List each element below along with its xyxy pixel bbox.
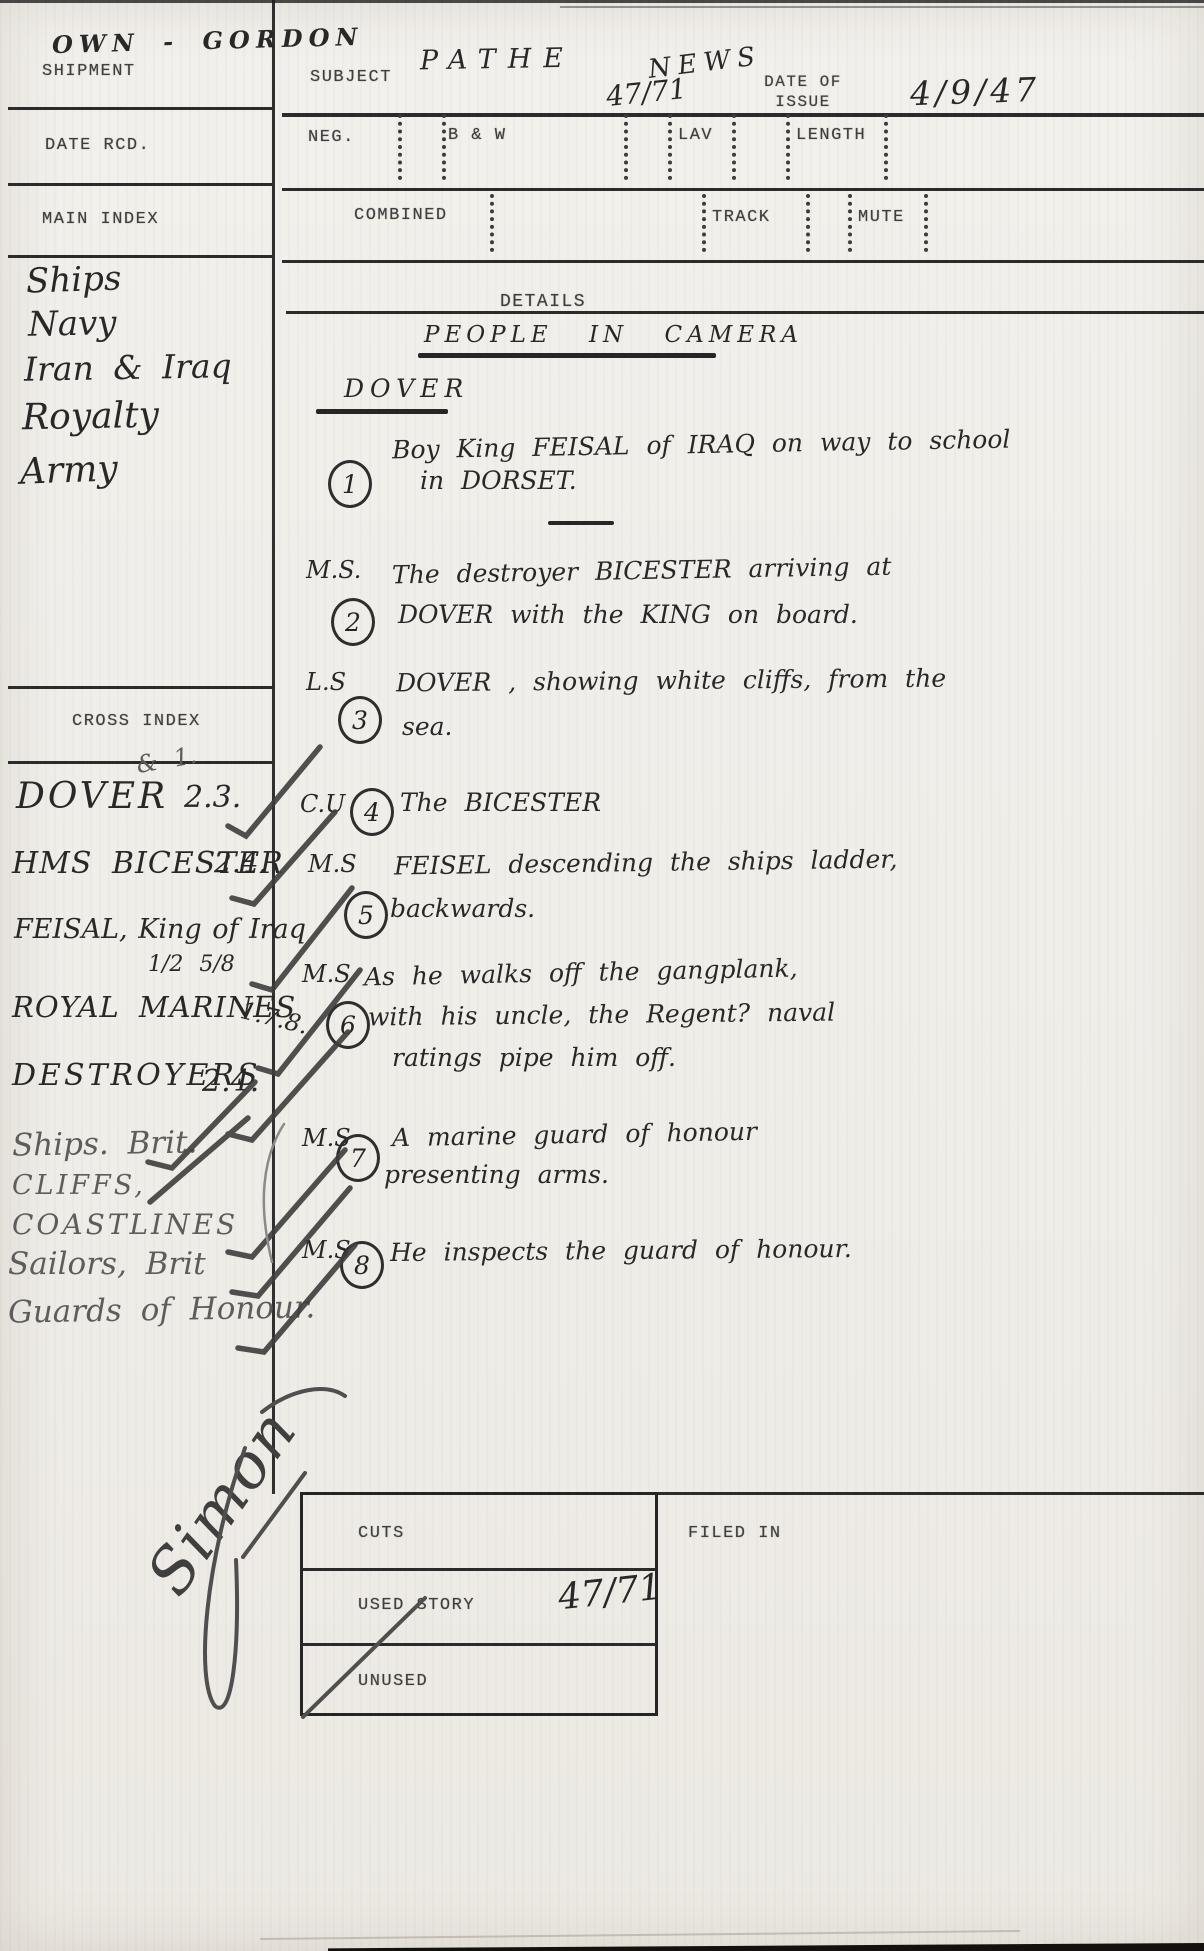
bottom-scan-bar xyxy=(328,1943,1204,1951)
top-edge-rule-2 xyxy=(560,6,1204,8)
cross-index-refs: 2.3. xyxy=(184,780,241,815)
dotted-divider xyxy=(624,114,628,180)
shot-type: M.S. xyxy=(306,556,361,584)
dotted-divider xyxy=(806,194,810,252)
shot-type: M.S xyxy=(302,960,351,988)
shot-line: A marine guard of honour xyxy=(392,1117,757,1152)
cross-index-refs: 2.4. xyxy=(202,1064,259,1099)
rule-subject-bottom xyxy=(282,113,1204,117)
main-index-label: MAIN INDEX xyxy=(42,210,159,229)
shot-line: FEISEL descending the ships ladder, xyxy=(394,844,898,880)
shot-number-badge: 3 xyxy=(338,696,382,744)
neg-label: NEG. xyxy=(308,128,355,147)
shot-number-badge: 6 xyxy=(326,1001,370,1049)
rule-combined-bottom xyxy=(282,260,1204,263)
shot-number-badge: 5 xyxy=(344,891,388,939)
details-label: DETAILS xyxy=(500,292,586,312)
unused-label: UNUSED xyxy=(358,1672,428,1691)
rule-datercd-bottom xyxy=(8,183,272,186)
cross-index-label: CROSS INDEX xyxy=(72,712,201,731)
lav-label: LAV xyxy=(678,126,713,145)
details-location: DOVER xyxy=(344,374,469,403)
shot-type: C.U xyxy=(300,790,345,818)
main-index-entry: Navy xyxy=(28,303,117,345)
shot-number-badge: 7 xyxy=(336,1134,380,1182)
shot-line: The BICESTER xyxy=(400,788,601,817)
combined-label: COMBINED xyxy=(354,206,448,225)
dotted-divider xyxy=(732,114,736,180)
shot-line: sea. xyxy=(402,712,452,741)
shot-type: L.S xyxy=(306,668,346,696)
issue-label-line1: DATE OF xyxy=(758,72,848,92)
main-index-entry: Royalty xyxy=(22,395,160,438)
shot-line: ratings pipe him off. xyxy=(392,1043,676,1072)
shot-number-badge: 8 xyxy=(340,1241,384,1289)
signature: Simon xyxy=(132,1395,311,1608)
bw-label: B & W xyxy=(448,126,507,145)
cuts-label: CUTS xyxy=(358,1524,405,1543)
issue-label: DATE OF ISSUE xyxy=(758,72,848,112)
cross-index-refs: 1/2 5/8 xyxy=(148,952,235,977)
shot-number-badge: 4 xyxy=(350,788,394,836)
rule-shipment-bottom xyxy=(8,107,272,110)
shot-line: As he walks off the gangplank, xyxy=(364,953,798,991)
dotted-divider xyxy=(442,114,446,180)
shot-number-badge: 2 xyxy=(331,598,375,646)
dotted-divider xyxy=(702,194,706,252)
main-index-entry: Ships xyxy=(25,258,122,301)
dotted-divider xyxy=(786,114,790,180)
cross-index-term: CLIFFS, xyxy=(12,1170,146,1201)
shot-line: presenting arms. xyxy=(384,1160,609,1189)
shot-line: Boy King FEISAL of IRAQ on way to school xyxy=(392,425,1011,465)
cross-index-term: Sailors, Brit xyxy=(8,1246,206,1282)
details-heading: PEOPLE IN CAMERA xyxy=(424,322,803,348)
shipment-label: SHIPMENT xyxy=(42,62,136,81)
cross-index-term: FEISAL, King of Iraq xyxy=(14,914,306,945)
shot-line: in DORSET. xyxy=(420,466,577,495)
mute-label: MUTE xyxy=(858,208,905,227)
rule-neg-bottom xyxy=(282,188,1204,191)
cuts-box-line-1 xyxy=(302,1568,656,1571)
main-index-entry: Iran & Iraq xyxy=(24,346,232,389)
cross-index-refs: 2.4. xyxy=(214,846,267,879)
details-heading-underline xyxy=(418,353,716,358)
cross-index-note: & 1. xyxy=(134,741,199,779)
shot-type: M.S xyxy=(308,850,357,878)
dotted-divider xyxy=(848,194,852,252)
shot-line: with his uncle, the Regent? naval xyxy=(368,998,835,1032)
subject-label: SUBJECT xyxy=(310,68,392,87)
date-rcd-label: DATE RCD. xyxy=(45,136,150,155)
shot-line: DOVER , showing white cliffs, from the xyxy=(396,664,946,698)
dotted-divider xyxy=(490,194,494,252)
shot-line: The destroyer BICESTER arriving at xyxy=(392,552,892,590)
shot-line: He inspects the guard of honour. xyxy=(390,1234,852,1267)
subject-word1: PATHE xyxy=(420,43,576,77)
shot-line: DOVER with the KING on board. xyxy=(398,600,858,629)
cross-index-term: Ships. Brit. xyxy=(12,1124,198,1163)
dorset-underline xyxy=(548,521,614,525)
main-index-entry: Army xyxy=(19,448,118,492)
bottom-faint-line xyxy=(260,1930,1020,1940)
top-edge-rule xyxy=(0,0,1204,3)
rule-details-under xyxy=(286,311,1204,314)
dotted-divider xyxy=(884,114,888,180)
dotted-divider xyxy=(668,114,672,180)
issue-label-line2: ISSUE xyxy=(758,92,848,112)
cross-index-term: Guards of Honour. xyxy=(8,1289,316,1330)
issue-date-value: 4/9/47 xyxy=(909,70,1041,114)
filed-in-label: FILED IN xyxy=(688,1524,782,1543)
used-story-label: USED STORY xyxy=(358,1596,475,1615)
cuts-box-line-2 xyxy=(302,1643,656,1646)
shipment-note: OWN - GORDON xyxy=(52,22,364,59)
dotted-divider xyxy=(398,114,402,180)
length-label: LENGTH xyxy=(796,126,866,145)
subject-number: 47/71 xyxy=(604,72,688,113)
center-vertical-rule xyxy=(272,0,275,1494)
track-label: TRACK xyxy=(712,208,771,227)
rule-crossindex-top xyxy=(8,686,274,689)
cross-index-term: DOVER xyxy=(16,776,168,817)
filed-in-rule xyxy=(658,1492,1204,1495)
dotted-divider xyxy=(924,194,928,252)
cross-index-term: COASTLINES xyxy=(12,1208,238,1241)
rule-mainindex-bottom xyxy=(8,255,272,258)
shot-number-badge: 1 xyxy=(328,460,372,508)
shot-line: backwards. xyxy=(390,894,535,923)
details-location-underline xyxy=(316,409,448,414)
pathe-news-index-card: OWN - GORDON SHIPMENT SUBJECT PATHE NEWS… xyxy=(0,0,1204,1951)
